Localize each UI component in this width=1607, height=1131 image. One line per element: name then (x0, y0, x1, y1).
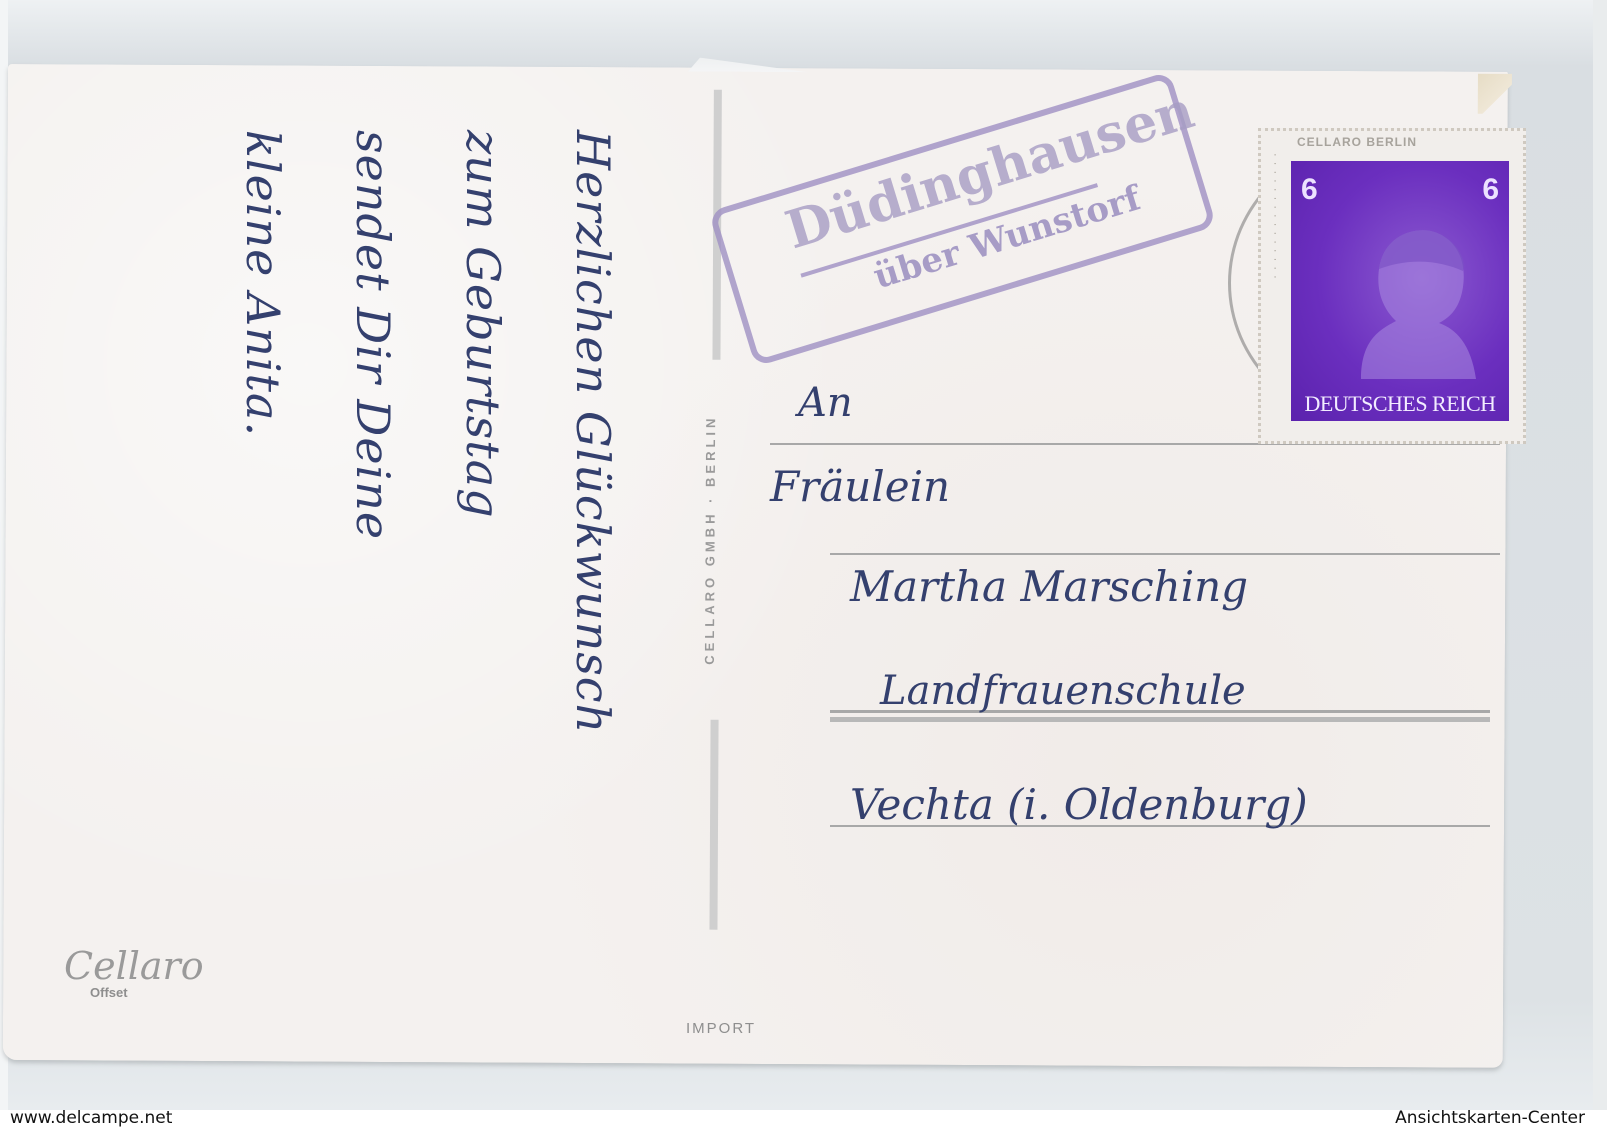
address-street: Landfrauenschule (880, 668, 1246, 714)
worn-corner (1478, 74, 1512, 114)
address-line-2 (830, 553, 1500, 555)
watermark-left: www.delcampe.net (10, 1108, 172, 1128)
address-city: Vechta (i. Oldenburg) (850, 780, 1308, 829)
address-line-3-thick (830, 717, 1490, 722)
watermark-right: Ansichtskarten-Center (1395, 1108, 1585, 1128)
message-line: Herzlichen Glückwunsch (566, 130, 620, 734)
address-title: Fräulein (770, 462, 950, 511)
message-line: sendet Dir Deine (346, 130, 400, 540)
address-to: An (798, 380, 853, 426)
stamp-face: 6 6 DEUTSCHES REICH (1291, 161, 1509, 421)
message-line: zum Geburtstag (456, 130, 510, 519)
publisher-logo-sub: Offset (90, 985, 128, 1000)
scan-edge-right (1593, 0, 1607, 1110)
postage-stamp: CELLARO BERLIN · · · · · · · · · · · · ·… (1258, 128, 1526, 444)
portrait-silhouette-icon (1321, 209, 1491, 379)
import-mark: IMPORT (686, 1020, 756, 1037)
stamp-legend: DEUTSCHES REICH (1291, 391, 1509, 417)
divider-bar-bottom (709, 720, 718, 930)
publisher-logo: Cellaro (64, 944, 204, 988)
stamp-margin-text: CELLARO BERLIN (1297, 135, 1417, 149)
stamp-side-margin: · · · · · · · · · · · · · · · (1263, 153, 1281, 413)
publisher-divider-text: CELLARO GMBH · BERLIN (702, 380, 730, 700)
stamp-denomination-left: 6 (1301, 173, 1318, 207)
handwritten-message: Herzlichen Glückwunsch zum Geburtstag se… (0, 110, 130, 570)
address-name: Martha Marsching (850, 562, 1248, 611)
stamp-denomination-right: 6 (1482, 173, 1499, 207)
message-signature: kleine Anita. (236, 130, 290, 437)
